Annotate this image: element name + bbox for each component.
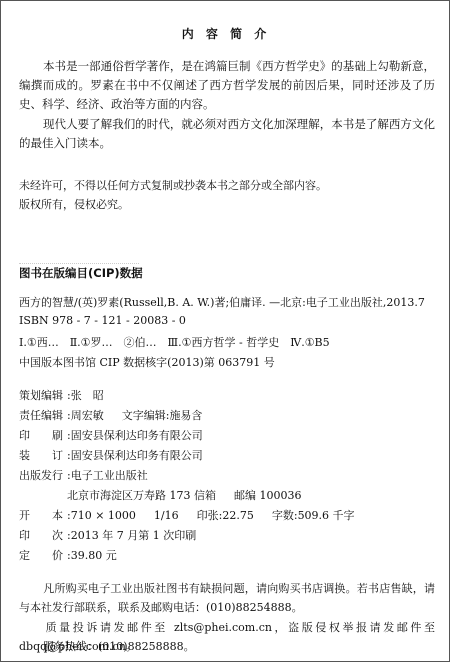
- text-editor-label: 文字编辑: [122, 409, 166, 422]
- binding-label: 装 订: [19, 447, 67, 463]
- responsible-editor-label: 责任编辑: [19, 407, 67, 423]
- format-fraction: 1/16: [154, 509, 179, 522]
- copyright-page: 内 容 简 介 本书是一部通俗哲学著作，是在鸿篇巨制《西方哲学史》的基础上勾勒新…: [0, 0, 450, 662]
- printing-label: 印 刷: [19, 427, 67, 443]
- summary-paragraph-2: 现代人要了解我们的时代，就必须对西方文化加深理解，本书是了解西方文化的最佳入门读…: [19, 115, 435, 153]
- planning-editor-value: 张 昭: [71, 389, 104, 402]
- summary-paragraph-1-text: 本书是一部通俗哲学著作，是在鸿篇巨制《西方哲学史》的基础上勾勒新意，编撰而成的。…: [19, 59, 435, 111]
- printing: 印 刷:固安县保利达印务有限公司: [19, 427, 203, 443]
- responsible-editor-value: 周宏敏: [71, 409, 104, 422]
- cip-entry: 西方的智慧/(英)罗素(Russell,B. A. W.)著;伯庸译. —北京:…: [19, 294, 425, 310]
- price: 定 价:39.80 元: [19, 547, 117, 563]
- notice-paragraph-1-text: 凡所购买电子工业出版社图书有缺损问题，请向购买书店调换。若书店售缺，请与本社发行…: [19, 582, 435, 614]
- cip-record-number: 中国版本图书馆 CIP 数据核字(2013)第 063791 号: [19, 354, 275, 370]
- format-size: 710 × 1000: [71, 509, 136, 522]
- format: 开 本:710 × 10001/16印张:22.75字数:509.6 千字: [19, 507, 355, 523]
- summary-title: 内 容 简 介: [1, 25, 450, 42]
- words-value: 509.6 千字: [298, 509, 355, 522]
- cip-isbn: ISBN 978 - 7 - 121 - 20083 - 0: [19, 314, 186, 327]
- edition-label: 印 次: [19, 527, 67, 543]
- summary-paragraph-1: 本书是一部通俗哲学著作，是在鸿篇巨制《西方哲学史》的基础上勾勒新意，编撰而成的。…: [19, 57, 435, 114]
- price-label: 定 价: [19, 547, 67, 563]
- notice-paragraph-3: 服务热线：(010)88258888。: [19, 637, 435, 656]
- planning-editor: 策划编辑:张 昭: [19, 387, 104, 403]
- cip-classification: Ⅰ.①西… Ⅱ.①罗… ②伯… Ⅲ.①西方哲学 - 哲学史 Ⅳ.①B5: [19, 334, 330, 350]
- planning-editor-label: 策划编辑: [19, 387, 67, 403]
- publisher: 出版发行:电子工业出版社: [19, 467, 148, 483]
- price-value: 39.80 元: [71, 549, 117, 562]
- binding: 装 订:固安县保利达印务有限公司: [19, 447, 203, 463]
- publisher-value: 电子工业出版社: [71, 469, 148, 482]
- postcode-label: 邮编: [234, 489, 256, 502]
- sheets-value: 22.75: [222, 509, 254, 522]
- copyright-line-1: 未经许可，不得以任何方式复制或抄袭本书之部分或全部内容。: [19, 177, 327, 193]
- postcode: 100036: [260, 489, 302, 502]
- publisher-label: 出版发行: [19, 467, 67, 483]
- edition: 印 次:2013 年 7 月第 1 次印刷: [19, 527, 196, 543]
- sheets-label: 印张: [197, 509, 219, 522]
- summary-paragraph-2-text: 现代人要了解我们的时代，就必须对西方文化加深理解，本书是了解西方文化的最佳入门读…: [19, 117, 435, 150]
- binding-value: 固安县保利达印务有限公司: [71, 449, 203, 462]
- notice-paragraph-1: 凡所购买电子工业出版社图书有缺损问题，请向购买书店调换。若书店售缺，请与本社发行…: [19, 579, 435, 617]
- publisher-address: 北京市海淀区万寿路 173 信箱邮编 100036: [67, 487, 302, 503]
- text-editor-value: 施易含: [169, 409, 202, 422]
- cip-title: 图书在版编目(CIP)数据: [19, 265, 143, 281]
- copyright-line-2: 版权所有，侵权必究。: [19, 196, 129, 212]
- address: 北京市海淀区万寿路 173 信箱: [67, 489, 216, 502]
- notice-paragraph-3-text: 服务热线：(010)88258888。: [43, 640, 195, 653]
- edition-value: 2013 年 7 月第 1 次印刷: [71, 529, 196, 542]
- responsible-editor: 责任编辑:周宏敏文字编辑:施易含: [19, 407, 202, 423]
- format-label: 开 本: [19, 507, 67, 523]
- divider: [19, 263, 139, 264]
- words-label: 字数: [272, 509, 294, 522]
- printing-value: 固安县保利达印务有限公司: [71, 429, 203, 442]
